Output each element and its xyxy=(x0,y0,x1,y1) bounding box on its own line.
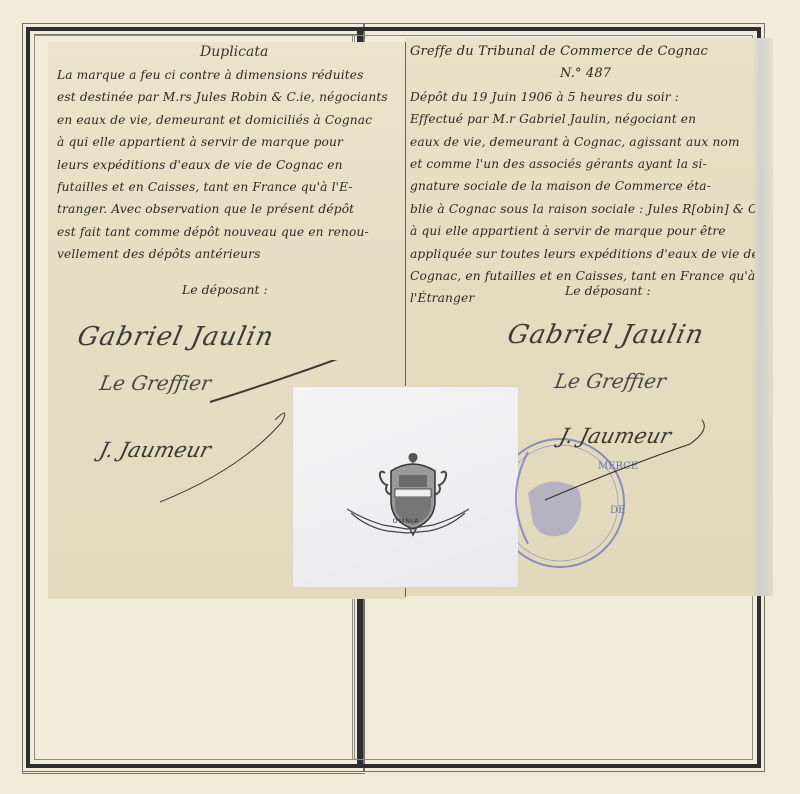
left-depositor-signature: Gabriel Jaulin xyxy=(75,322,277,352)
motto-text: OMNIA xyxy=(345,517,467,525)
right-greffier-label: Le Greffier xyxy=(553,369,668,393)
tribunal-heading: Greffe du Tribunal de Commerce de Cognac xyxy=(410,41,755,63)
left-line: est fait tant comme dépôt nouveau que en… xyxy=(57,221,402,243)
right-line: blie à Cognac sous la raison sociale : J… xyxy=(410,198,755,220)
left-panel-text: La marque a feu ci contre à dimensions r… xyxy=(57,64,402,266)
left-line: futailles et en Caisses, tant en France … xyxy=(57,176,402,198)
left-line: tranger. Avec observation que le présent… xyxy=(57,198,402,220)
deposit-number: N.° 487 xyxy=(410,63,755,85)
left-line: à qui elle appartient à servir de marque… xyxy=(57,131,402,153)
left-line: en eaux de vie, demeurant et domiciliés … xyxy=(57,109,402,131)
left-line: est destinée par M.rs Jules Robin & C.ie… xyxy=(57,86,402,108)
left-line: La marque a feu ci contre à dimensions r… xyxy=(57,64,402,86)
right-line: à qui elle appartient à servir de marque… xyxy=(410,220,755,242)
right-line: Effectué par M.r Gabriel Jaulin, négocia… xyxy=(410,108,755,130)
tribunal-stamp-left-icon xyxy=(500,448,530,548)
right-line: et comme l'un des associés gérants ayant… xyxy=(410,153,755,175)
right-line: appliquée sur toutes leurs expéditions d… xyxy=(410,243,755,265)
left-line: leurs expéditions d'eaux de vie de Cogna… xyxy=(57,154,402,176)
right-deposant-label: Le déposant : xyxy=(565,283,651,298)
right-depositor-signature: Gabriel Jaulin xyxy=(505,320,707,350)
right-line: Dépôt du 19 Juin 1906 à 5 heures du soir… xyxy=(410,86,755,108)
left-deposant-label: Le déposant : xyxy=(182,282,268,297)
right-line: eaux de vie, demeurant à Cognac, agissan… xyxy=(410,131,755,153)
right-line: gnature sociale de la maison de Commerce… xyxy=(410,175,755,197)
right-panel-text: Greffe du Tribunal de Commerce de Cognac… xyxy=(410,41,755,310)
duplicata-heading: Duplicata xyxy=(200,44,268,60)
trademark-label: OMNIA xyxy=(293,387,518,587)
paper-translucent-edge xyxy=(752,38,772,596)
right-signature-flourish-icon xyxy=(540,410,720,510)
left-line: vellement des dépôts antérieurs xyxy=(57,243,402,265)
